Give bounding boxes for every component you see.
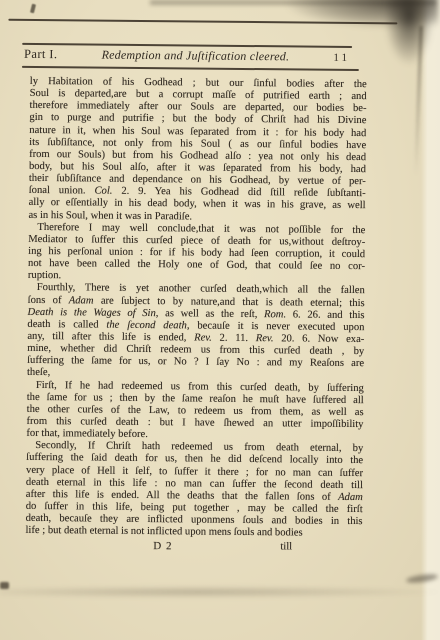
header-title: Redemption and Juſtification cleered. bbox=[57, 47, 333, 65]
paragraph: Firſt, If he had redeemed us from this c… bbox=[26, 379, 364, 443]
header-part-label: Part I. bbox=[24, 47, 58, 62]
page-text: ly Habitation of his Godhead ; but our ſ… bbox=[25, 76, 366, 541]
printed-page: Part I. Redemption and Juſtification cle… bbox=[0, 0, 440, 640]
page-border-rule bbox=[8, 19, 397, 25]
scanned-page: Part I. Redemption and Juſtification cle… bbox=[0, 0, 440, 640]
page-number: 11 bbox=[333, 52, 350, 64]
paragraph: Therefore I may well conclude,that it wa… bbox=[28, 222, 366, 286]
running-header: Part I. Redemption and Juſtification cle… bbox=[24, 47, 358, 65]
signature-mark: D 2 bbox=[153, 540, 172, 552]
paragraph: Fourthly, There is yet another curſed de… bbox=[27, 282, 365, 382]
header-rule-bottom bbox=[22, 66, 359, 71]
catchword: till bbox=[280, 541, 292, 552]
signature-row: D 2 till bbox=[25, 539, 362, 555]
paragraph: ly Habitation of his Godhead ; but our ſ… bbox=[28, 76, 366, 225]
paragraph: Secondly, If Chriſt hath redeemed us fro… bbox=[25, 440, 363, 540]
